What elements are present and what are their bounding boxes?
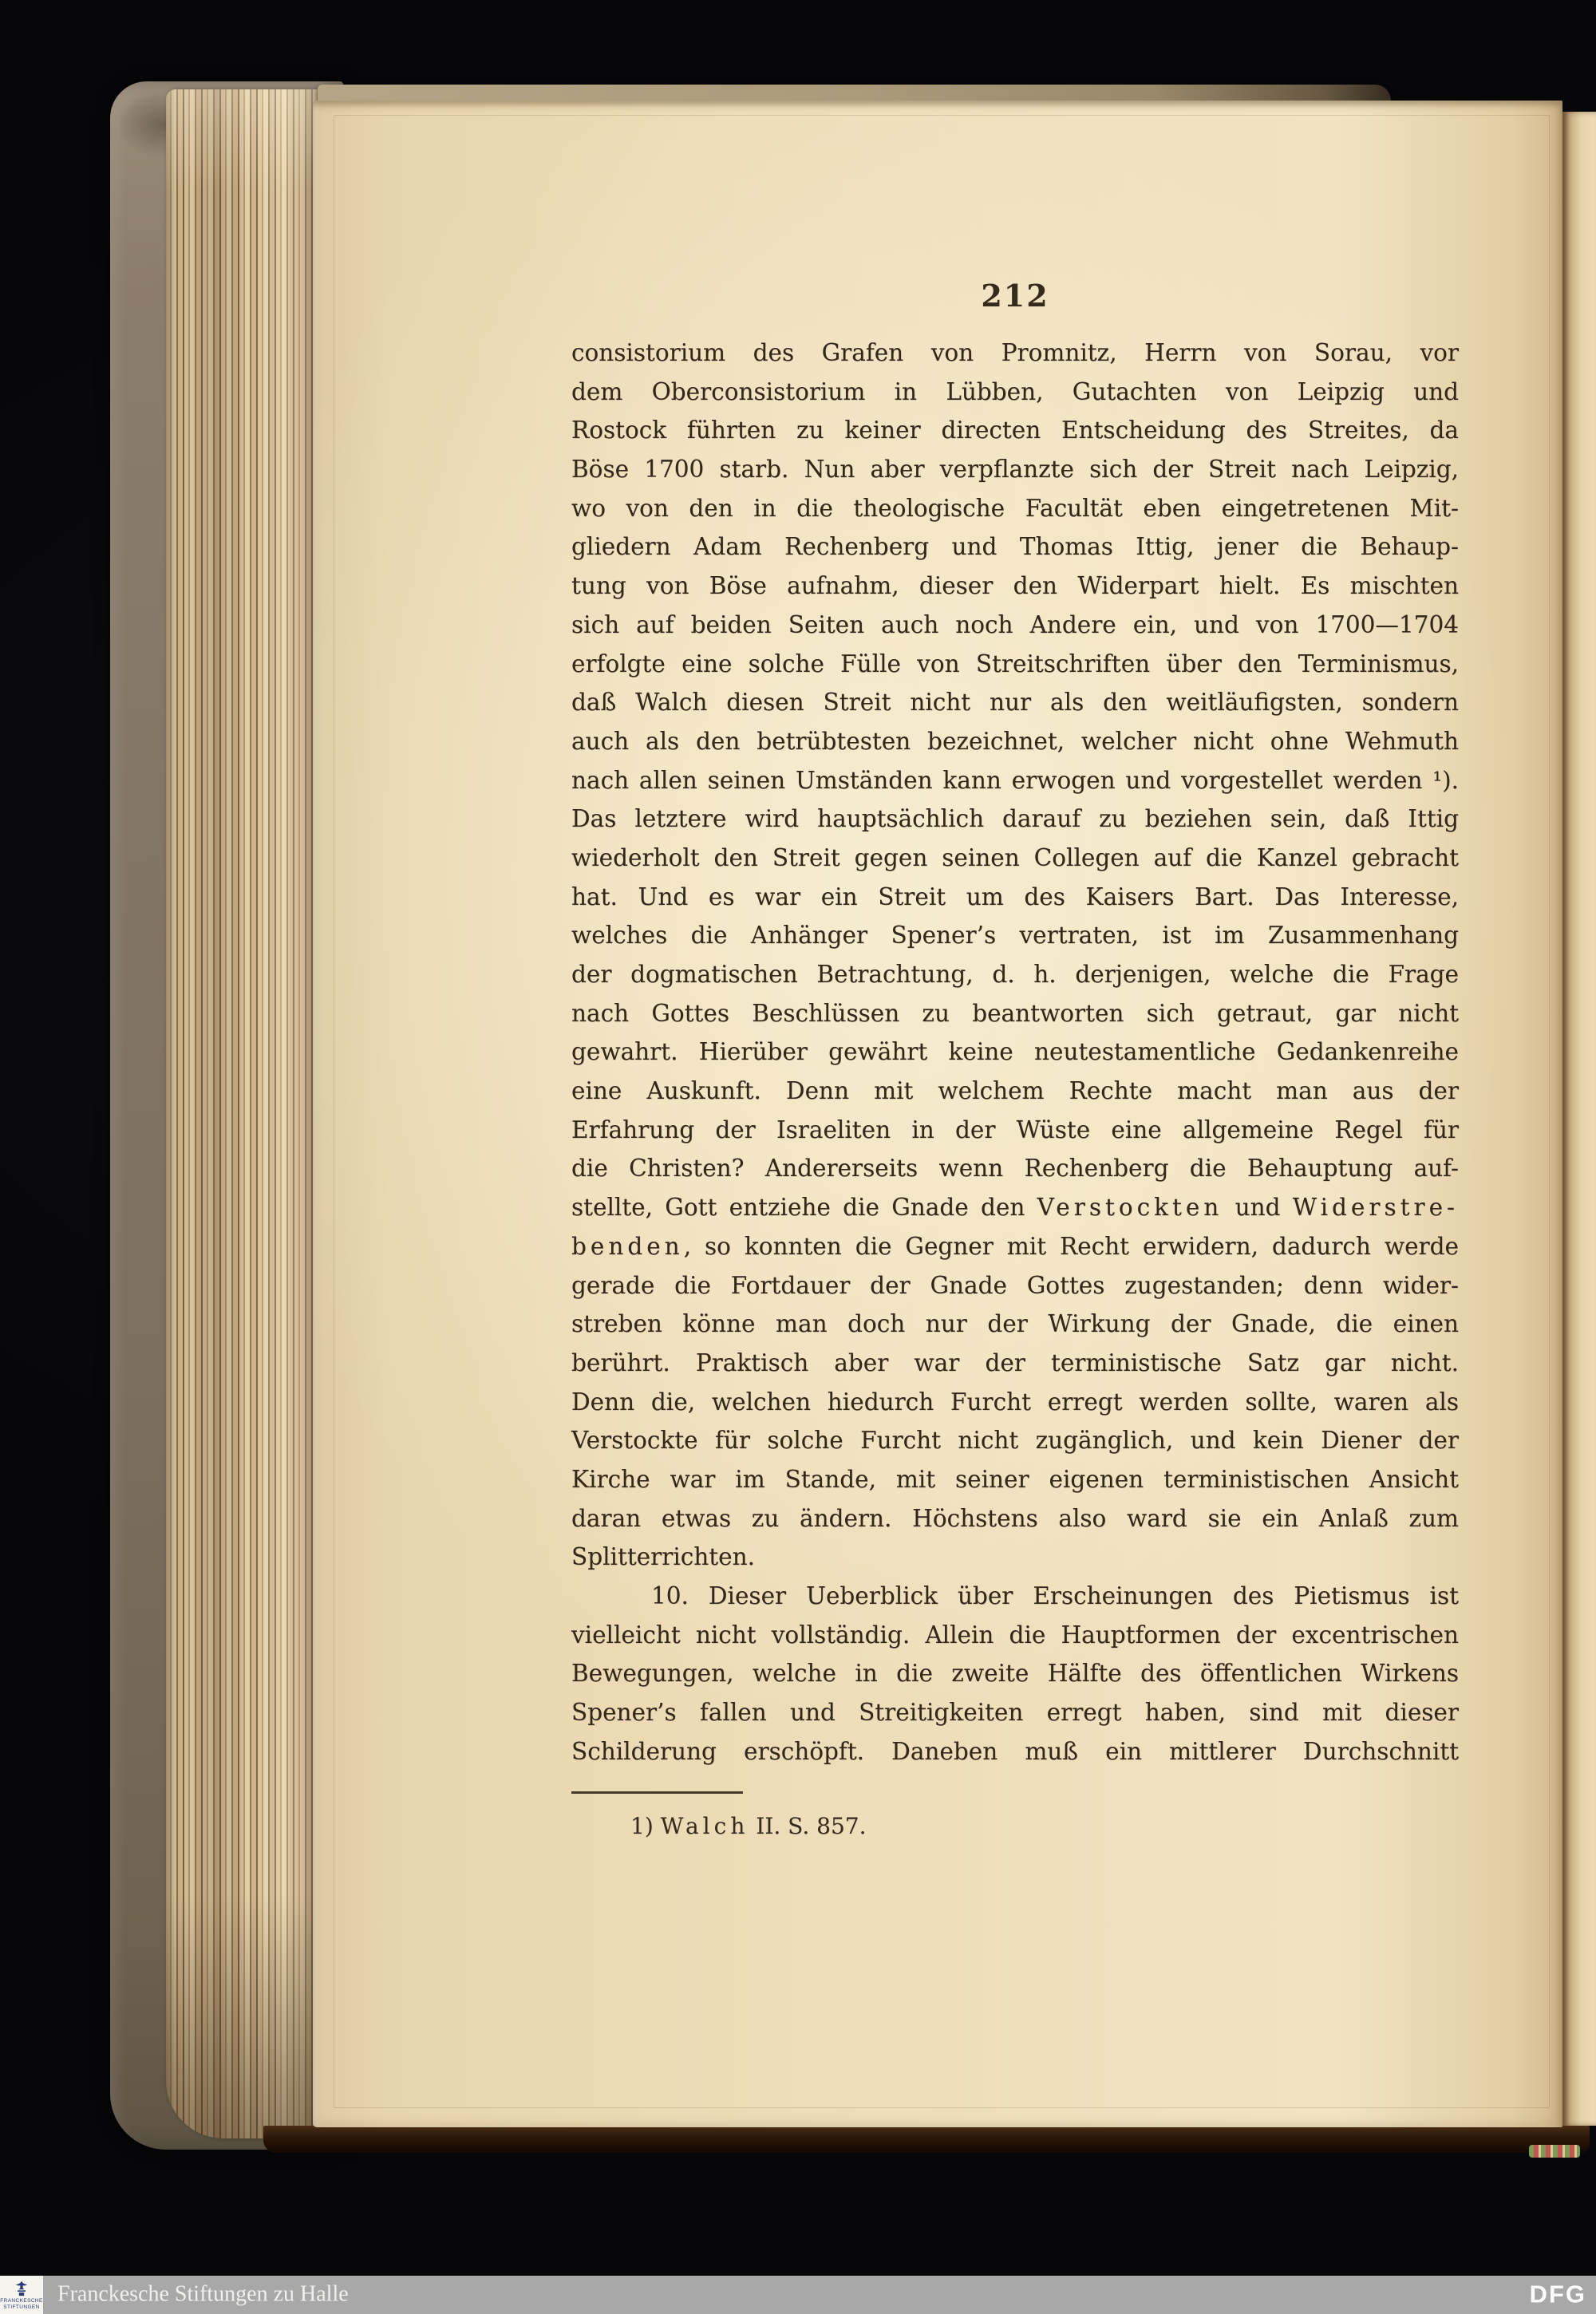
text-line: Splitterrichten. <box>571 1538 1459 1577</box>
text-line: Böse 1700 starb. Nun aber verpflanzte si… <box>571 450 1459 489</box>
text-line: auch als den betrübtesten bezeichnet, we… <box>571 722 1459 761</box>
letterspaced-word: Verstockten <box>1037 1194 1223 1221</box>
footnote-rule <box>571 1791 743 1794</box>
text-line: consistorium des Grafen von Promnitz, He… <box>571 334 1459 373</box>
text-line: tung von Böse aufnahm, dieser den Widerp… <box>571 567 1459 606</box>
text-line: benden, so konnten die Gegner mit Recht … <box>571 1227 1459 1266</box>
book-scan-viewer: 212 consistorium des Grafen von Promnitz… <box>0 0 1596 2314</box>
text-line: daß Walch diesen Streit nicht nur als de… <box>571 683 1459 722</box>
text-line: 10. Dieser Ueberblick über Erscheinungen… <box>571 1577 1459 1616</box>
text-line: Schilderung erschöpft. Daneben muß ein m… <box>571 1732 1459 1771</box>
text-line: welches die Anhänger Spener’s vertraten,… <box>571 916 1459 955</box>
text-line: die Christen? Andererseits wenn Rechenbe… <box>571 1149 1459 1188</box>
institution-name: Franckesche Stiftungen zu Halle <box>57 2281 349 2307</box>
text-line: Kirche war im Stande, mit seiner eigenen… <box>571 1460 1459 1499</box>
text-line: vielleicht nicht vollständig. Allein die… <box>571 1616 1459 1655</box>
text-line: Verstockte für solche Furcht nicht zugän… <box>571 1421 1459 1460</box>
text-line: wiederholt den Streit gegen seinen Colle… <box>571 839 1459 878</box>
scanned-page: 212 consistorium des Grafen von Promnitz… <box>313 101 1562 2127</box>
text-line: streben könne man doch nur der Wirkung d… <box>571 1305 1459 1344</box>
text-line: wo von den in die theologische Facultät … <box>571 489 1459 528</box>
letterspaced-word: Widerstre- <box>1293 1194 1459 1221</box>
text-line: Erfahrung der Israeliten in der Wüste ei… <box>571 1111 1459 1150</box>
text-line: Rostock führten zu keiner directen Entsc… <box>571 411 1459 450</box>
page-fore-edge-stack <box>166 89 319 2138</box>
text-line: nach allen seinen Umständen kann erwogen… <box>571 761 1459 800</box>
letterspaced-word: benden <box>571 1233 684 1260</box>
text-line: gewahrt. Hierüber gewährt keine neutesta… <box>571 1033 1459 1072</box>
text-line: Spener’s fallen und Streitigkeiten erreg… <box>571 1693 1459 1732</box>
text-line: nach Gottes Beschlüssen zu beantworten s… <box>571 994 1459 1033</box>
text-line: stellte, Gott entziehe die Gnade den Ver… <box>571 1188 1459 1227</box>
letterspaced-word: Walch <box>661 1813 749 1839</box>
text-line: eine Auskunft. Denn mit welchem Rechte m… <box>571 1072 1459 1111</box>
text-line: der dogmatischen Betrachtung, d. h. derj… <box>571 955 1459 994</box>
body-text: consistorium des Grafen von Promnitz, He… <box>571 334 1459 1771</box>
book-bottom-board <box>263 2126 1590 2153</box>
facing-page-sliver <box>1562 112 1596 2126</box>
text-line: berührt. Praktisch aber war der terminis… <box>571 1344 1459 1383</box>
text-line: Bewegungen, welche in die zweite Hälfte … <box>571 1654 1459 1693</box>
page-number: 212 <box>571 278 1459 314</box>
logo-text-line1: FRANCKESCHE <box>0 2298 43 2304</box>
eagle-emblem-icon <box>12 2280 31 2297</box>
text-line: hat. Und es war ein Streit um des Kaiser… <box>571 878 1459 917</box>
text-line: daran etwas zu ändern. Höchstens also wa… <box>571 1499 1459 1538</box>
text-line: Denn die, welchen hiedurch Furcht erregt… <box>571 1383 1459 1422</box>
text-line: Das letztere wird hauptsächlich darauf z… <box>571 800 1459 839</box>
text-line: dem Oberconsistorium in Lübben, Gutachte… <box>571 373 1459 412</box>
digitization-footer-bar: FRANCKESCHE STIFTUNGEN Franckesche Stift… <box>0 2276 1596 2314</box>
footnote: 1) Walch II. S. 857. <box>630 1813 867 1839</box>
text-line: gliedern Adam Rechenberg und Thomas Itti… <box>571 527 1459 567</box>
text-line: gerade die Fortdauer der Gnade Gottes zu… <box>571 1266 1459 1305</box>
book-tailband <box>1529 2145 1580 2158</box>
dfg-logo: DFG <box>1530 2280 1586 2308</box>
franckesche-stiftungen-logo: FRANCKESCHE STIFTUNGEN <box>0 2276 43 2314</box>
logo-text-line2: STIFTUNGEN <box>3 2304 40 2310</box>
text-line: sich auf beiden Seiten auch noch Andere … <box>571 606 1459 645</box>
text-line: erfolgte eine solche Fülle von Streitsch… <box>571 645 1459 684</box>
